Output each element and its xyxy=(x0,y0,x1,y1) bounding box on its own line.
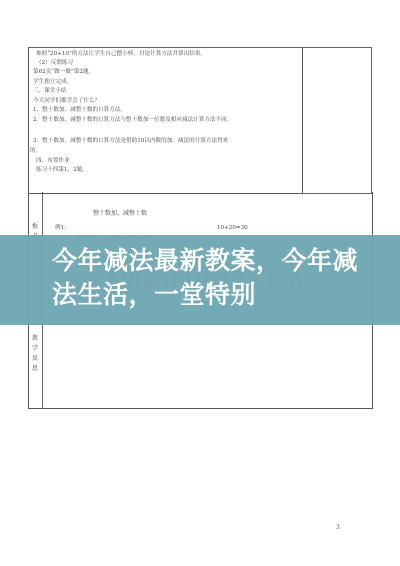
text-line: 的。 xyxy=(30,147,41,155)
text-line: 1．整十数加、减整十数的口算方法。 xyxy=(33,106,126,114)
text-line: 学生独立完成。 xyxy=(33,78,72,86)
text-line: 三、课堂小结 xyxy=(33,87,67,95)
example-label: 例1： xyxy=(55,224,70,232)
text-line: 参照“20+10”的方法让学生自己摆小棒，讨论计算方法并算出结果。 xyxy=(36,50,206,58)
reflection-label: 教学反思 xyxy=(31,334,39,374)
text-line: 今天同学们都学会了什么？ xyxy=(33,97,100,105)
text-line: 2．整十数加、减整十数的口算方法与整十数加一位数及相应减法计算方法不同。 xyxy=(33,116,232,124)
example-equation: 10+20=30 xyxy=(217,224,248,232)
page-number: 3 xyxy=(336,524,340,531)
notes-column-cell xyxy=(301,47,372,194)
text-line: （2）反馈练习 xyxy=(36,59,73,67)
banner-title: 今年减法最新教案，今年减法生活，一堂特别 xyxy=(52,244,362,312)
text-line: 第62页“做一做”第2题。 xyxy=(33,68,94,76)
text-line: 练习十四第1、2题。 xyxy=(36,166,88,174)
text-line: 3．整十数加、减整十数的口算方法是借助10以内数的加、减法的计算方法得来 xyxy=(33,137,228,145)
board-title: 整十数加、减整十数 xyxy=(93,210,147,218)
text-line: 四、布置作业 xyxy=(36,157,70,165)
